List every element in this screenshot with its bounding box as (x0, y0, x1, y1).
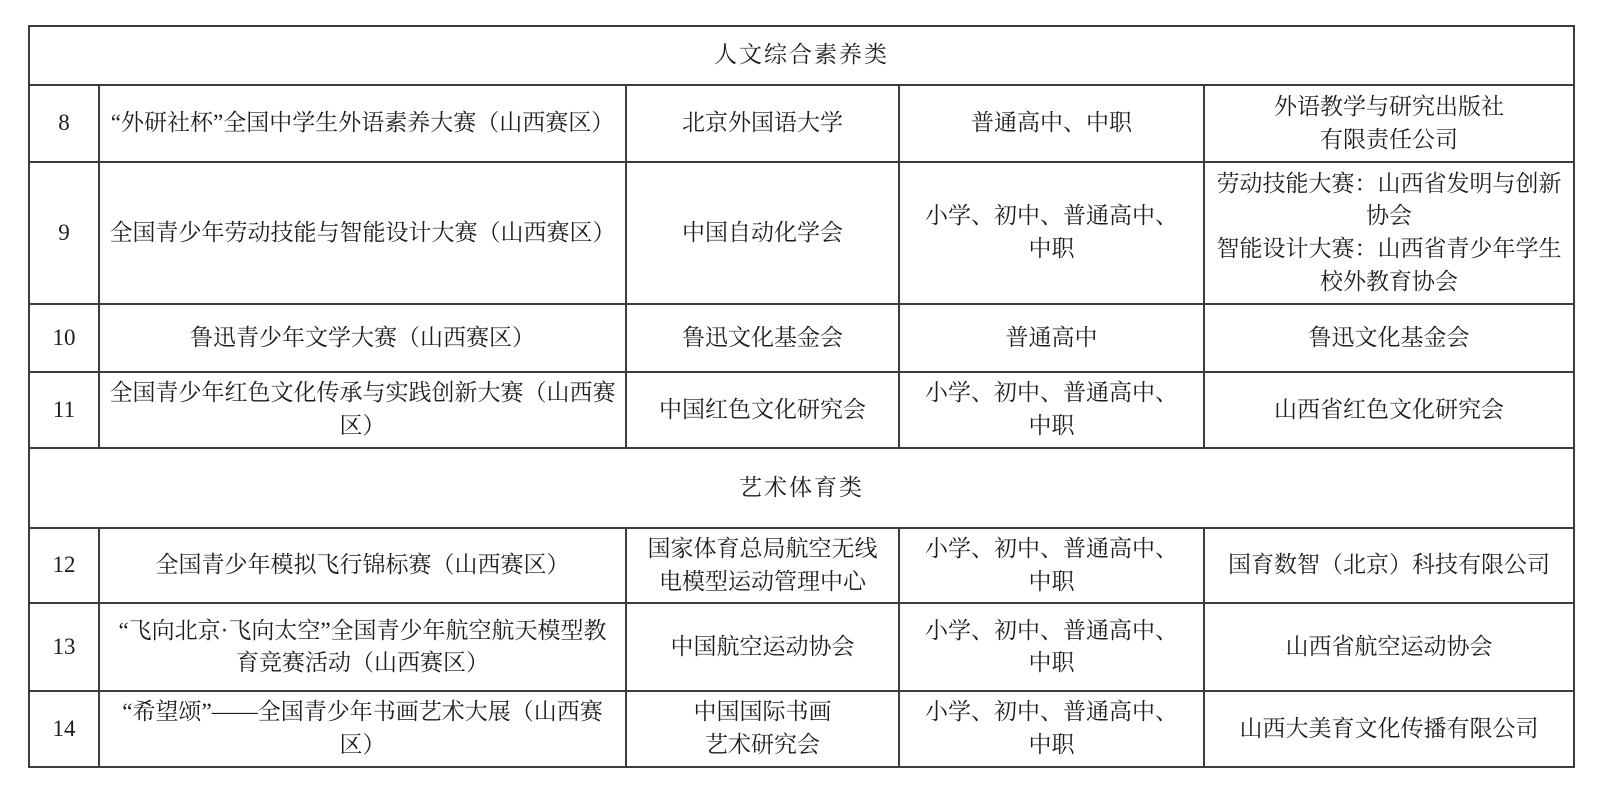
table-row: 9全国青少年劳动技能与智能设计大赛（山西赛区）中国自动化学会小学、初中、普通高中… (29, 162, 1574, 304)
competition-name-cell: 全国青少年红色文化传承与实践创新大赛（山西赛区） (99, 372, 626, 448)
organizer-cell: 中国航空运动协会 (626, 603, 899, 691)
levels-cell: 小学、初中、普通高中、 中职 (899, 162, 1204, 304)
competitions-table: 人文综合素养类8“外研社杯”全国中学生外语素养大赛（山西赛区）北京外国语大学普通… (28, 25, 1575, 768)
undertaker-cell: 国育数智（北京）科技有限公司 (1204, 528, 1574, 603)
undertaker-cell: 山西大美育文化传播有限公司 (1204, 691, 1574, 766)
row-number-cell: 14 (29, 691, 99, 766)
competition-name-cell: “希望颂”——全国青少年书画艺术大展（山西赛区） (99, 691, 626, 766)
competition-name-cell: 全国青少年模拟飞行锦标赛（山西赛区） (99, 528, 626, 603)
levels-cell: 小学、初中、普通高中、 中职 (899, 372, 1204, 448)
organizer-cell: 中国自动化学会 (626, 162, 899, 304)
competition-name-cell: “飞向北京·飞向太空”全国青少年航空航天模型教育竞赛活动（山西赛区） (99, 603, 626, 691)
row-number-cell: 10 (29, 304, 99, 372)
undertaker-cell: 鲁迅文化基金会 (1204, 304, 1574, 372)
undertaker-cell: 山西省红色文化研究会 (1204, 372, 1574, 448)
levels-cell: 普通高中 (899, 304, 1204, 372)
table-row: 14“希望颂”——全国青少年书画艺术大展（山西赛区）中国国际书画 艺术研究会小学… (29, 691, 1574, 766)
levels-cell: 普通高中、中职 (899, 85, 1204, 162)
organizer-cell: 中国红色文化研究会 (626, 372, 899, 448)
organizer-cell: 国家体育总局航空无线 电模型运动管理中心 (626, 528, 899, 603)
competition-name-cell: 鲁迅青少年文学大赛（山西赛区） (99, 304, 626, 372)
section-header-cell: 艺术体育类 (29, 448, 1574, 528)
table-row: 10鲁迅青少年文学大赛（山西赛区）鲁迅文化基金会普通高中鲁迅文化基金会 (29, 304, 1574, 372)
table-row: 8“外研社杯”全国中学生外语素养大赛（山西赛区）北京外国语大学普通高中、中职外语… (29, 85, 1574, 162)
row-number-cell: 13 (29, 603, 99, 691)
organizer-cell: 鲁迅文化基金会 (626, 304, 899, 372)
levels-cell: 小学、初中、普通高中、 中职 (899, 691, 1204, 766)
row-number-cell: 12 (29, 528, 99, 603)
table-row: 11全国青少年红色文化传承与实践创新大赛（山西赛区）中国红色文化研究会小学、初中… (29, 372, 1574, 448)
row-number-cell: 11 (29, 372, 99, 448)
row-number-cell: 8 (29, 85, 99, 162)
document-page: { "document": { "colors": { "background"… (0, 0, 1600, 801)
table-row: 13“飞向北京·飞向太空”全国青少年航空航天模型教育竞赛活动（山西赛区）中国航空… (29, 603, 1574, 691)
section-row: 人文综合素养类 (29, 26, 1574, 85)
row-number-cell: 9 (29, 162, 99, 304)
undertaker-cell: 外语教学与研究出版社 有限责任公司 (1204, 85, 1574, 162)
undertaker-cell: 山西省航空运动协会 (1204, 603, 1574, 691)
competition-name-cell: “外研社杯”全国中学生外语素养大赛（山西赛区） (99, 85, 626, 162)
competition-name-cell: 全国青少年劳动技能与智能设计大赛（山西赛区） (99, 162, 626, 304)
undertaker-cell: 劳动技能大赛：山西省发明与创新协会 智能设计大赛：山西省青少年学生校外教育协会 (1204, 162, 1574, 304)
section-row: 艺术体育类 (29, 448, 1574, 528)
table-row: 12全国青少年模拟飞行锦标赛（山西赛区）国家体育总局航空无线 电模型运动管理中心… (29, 528, 1574, 603)
organizer-cell: 北京外国语大学 (626, 85, 899, 162)
competitions-table-wrapper: 人文综合素养类8“外研社杯”全国中学生外语素养大赛（山西赛区）北京外国语大学普通… (28, 25, 1573, 768)
section-header-cell: 人文综合素养类 (29, 26, 1574, 85)
organizer-cell: 中国国际书画 艺术研究会 (626, 691, 899, 766)
levels-cell: 小学、初中、普通高中、 中职 (899, 603, 1204, 691)
levels-cell: 小学、初中、普通高中、 中职 (899, 528, 1204, 603)
